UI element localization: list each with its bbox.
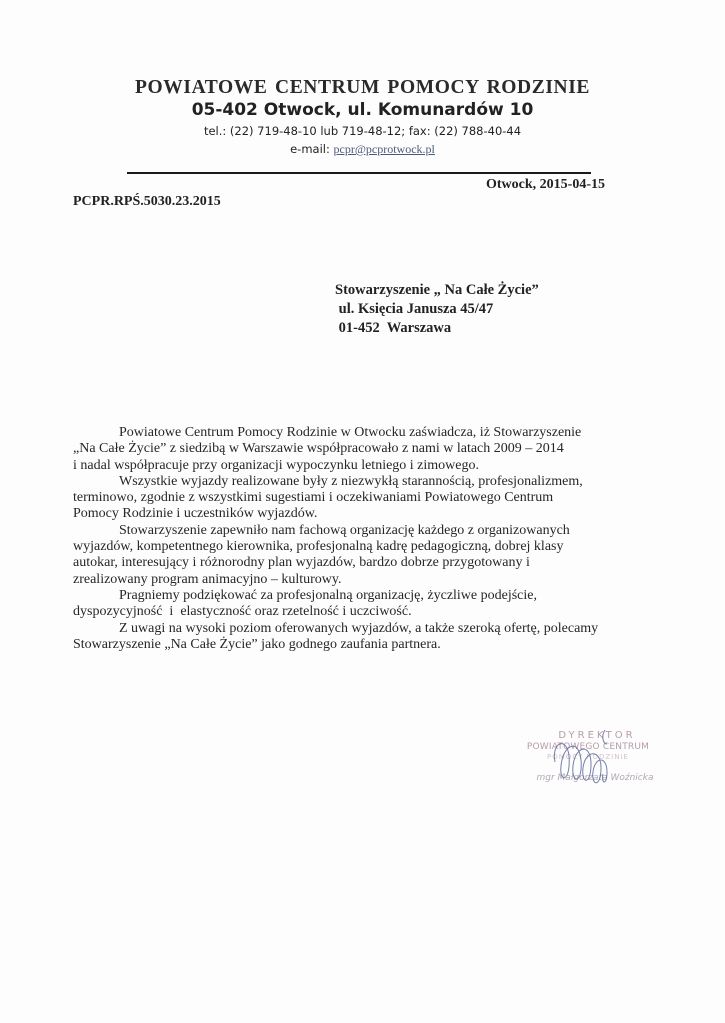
body-line: autokar, interesujący i różnorodny plan … (73, 555, 663, 571)
organization-phone: tel.: (22) 719-48-10 lub 719-48-12; fax:… (0, 124, 725, 138)
place-date: Otwock, 2015-04-15 (486, 177, 605, 193)
organization-address: 05-402 Otwock, ul. Komunardów 10 (0, 100, 725, 120)
organization-email-line: e-mail: pcpr@pcprotwock.pl (0, 142, 725, 157)
body-line: Wszystkie wyjazdy realizowane były z nie… (73, 474, 663, 490)
body-line: wyjazdów, kompetentnego kierownika, prof… (73, 539, 663, 555)
body-line: Z uwagi na wysoki poziom oferowanych wyj… (73, 621, 663, 637)
recipient-line: ul. Księcia Janusza 45/47 (335, 300, 539, 319)
body-line: zrealizowany program animacyjno – kultur… (73, 572, 663, 588)
recipient-line: 01-452 Warszawa (335, 319, 539, 338)
signature-icon (545, 722, 635, 792)
body-line: Powiatowe Centrum Pomocy Rodzinie w Otwo… (73, 425, 663, 441)
recipient-address: Stowarzyszenie „ Na Całe Życie” ul. Księ… (335, 281, 539, 338)
body-line: terminowo, zgodnie z wszystkimi sugestia… (73, 490, 663, 506)
reference-number: PCPR.RPŚ.5030.23.2015 (73, 194, 221, 210)
body-line: „Na Całe Życie” z siedzibą w Warszawie w… (73, 441, 663, 457)
body-line: Stowarzyszenie „Na Całe Życie” jako godn… (73, 637, 663, 653)
email-label: e-mail: (290, 142, 333, 156)
body-line: i nadal współpracuje przy organizacji wy… (73, 458, 663, 474)
letterhead-divider (127, 172, 591, 174)
body-line: dyspozycyjność i elastyczność oraz rzete… (73, 604, 663, 620)
body-line: Pragniemy podziękować za profesjonalną o… (73, 588, 663, 604)
email-link[interactable]: pcpr@pcprotwock.pl (334, 142, 435, 156)
recipient-line: Stowarzyszenie „ Na Całe Życie” (335, 281, 539, 300)
letter-page: POWIATOWE CENTRUM POMOCY RODZINIE 05-402… (0, 0, 725, 1023)
letter-body: Powiatowe Centrum Pomocy Rodzinie w Otwo… (73, 425, 663, 653)
body-line: Pomocy Rodzinie i uczestników wyjazdów. (73, 506, 663, 522)
body-line: Stowarzyszenie zapewniło nam fachową org… (73, 523, 663, 539)
organization-name: POWIATOWE CENTRUM POMOCY RODZINIE (0, 77, 725, 99)
